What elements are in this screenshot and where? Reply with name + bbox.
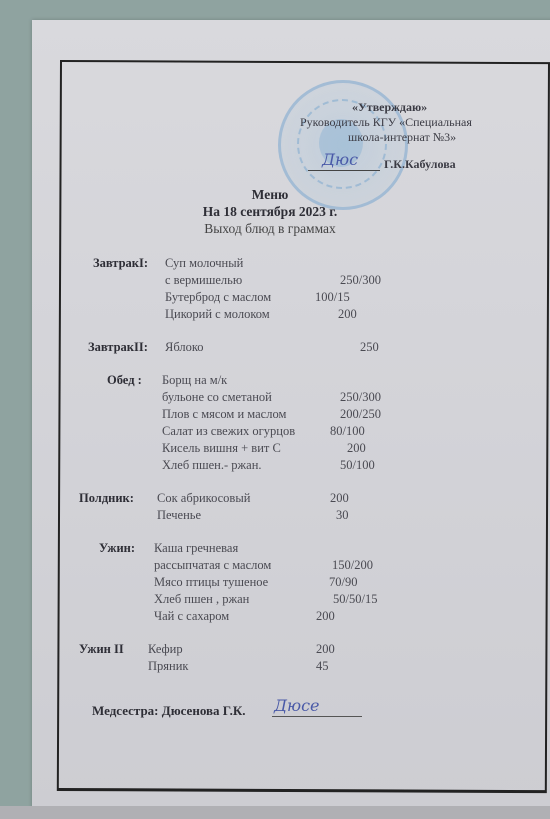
meal-label: ЗавтракI: xyxy=(93,256,148,271)
dish-quantity: 45 xyxy=(316,659,329,674)
dish-name: Яблоко xyxy=(165,340,204,355)
dish-quantity: 70/90 xyxy=(329,575,357,590)
dish-name: Печенье xyxy=(157,508,201,523)
dish-quantity: 250 xyxy=(360,340,379,355)
dish-name: Каша гречневая xyxy=(154,541,238,556)
dish-quantity: 80/100 xyxy=(330,424,365,439)
dish-quantity: 200/250 xyxy=(340,407,381,422)
dish-name: Суп молочный xyxy=(165,256,243,271)
dish-quantity: 250/300 xyxy=(340,273,381,288)
dish-quantity: 200 xyxy=(316,642,335,657)
dish-quantity: 100/15 xyxy=(315,290,350,305)
dish-name: Цикорий с молоком xyxy=(165,307,270,322)
dish-name: Кисель вишня + вит С xyxy=(162,441,281,456)
dish-quantity: 150/200 xyxy=(332,558,373,573)
dish-name: Салат из свежих огурцов xyxy=(162,424,295,439)
dish-quantity: 200 xyxy=(330,491,349,506)
dish-quantity: 50/100 xyxy=(340,458,375,473)
dish-name: Пряник xyxy=(148,659,188,674)
dish-name: Плов с мясом и маслом xyxy=(162,407,286,422)
dish-name: Сок абрикосовый xyxy=(157,491,250,506)
dish-name: Кефир xyxy=(148,642,183,657)
nurse-signature: Дюсе xyxy=(274,696,320,715)
nurse-signature-line xyxy=(272,716,362,717)
meal-label: Ужин II xyxy=(79,642,124,657)
dish-name: с вермишелью xyxy=(165,273,242,288)
meal-label: Ужин: xyxy=(99,541,135,556)
dish-name: Борщ на м/к xyxy=(162,373,227,388)
dish-name: Бутерброд с маслом xyxy=(165,290,271,305)
dish-quantity: 250/300 xyxy=(340,390,381,405)
meal-label: Полдник: xyxy=(79,491,134,506)
dish-name: Мясо птицы тушеное xyxy=(154,575,268,590)
dish-quantity: 50/50/15 xyxy=(333,592,377,607)
meal-label: Обед : xyxy=(107,373,142,388)
dish-name: рассыпчатая с маслом xyxy=(154,558,271,573)
dish-quantity: 200 xyxy=(338,307,357,322)
dish-quantity: 200 xyxy=(347,441,366,456)
dish-name: Хлеб пшен.- ржан. xyxy=(162,458,262,473)
dish-quantity: 30 xyxy=(336,508,349,523)
meal-label: ЗавтракII: xyxy=(88,340,148,355)
dish-name: Чай с сахаром xyxy=(154,609,229,624)
nurse-signoff: Медсестра: Дюсенова Г.К. xyxy=(92,703,246,719)
dish-quantity: 200 xyxy=(316,609,335,624)
dish-name: Хлеб пшен , ржан xyxy=(154,592,249,607)
dish-name: бульоне со сметаной xyxy=(162,390,272,405)
